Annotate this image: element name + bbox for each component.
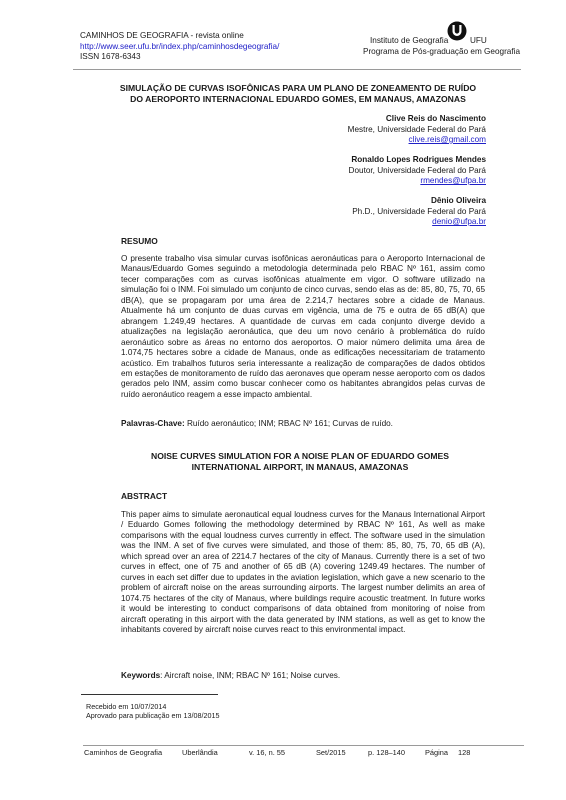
header-divider xyxy=(73,69,521,70)
keywords-values: : Aircraft noise, INM; RBAC Nº 161; Nois… xyxy=(160,671,340,680)
journal-header: CAMINHOS DE GEOGRAFIA - revista online h… xyxy=(80,31,279,63)
author-block: Clive Reis do Nascimento Mestre, Univers… xyxy=(226,114,486,146)
resumo-heading: RESUMO xyxy=(121,236,158,246)
author-affiliation: Mestre, Universidade Federal do Pará xyxy=(226,125,486,136)
footer-volume: v. 16, n. 55 xyxy=(249,748,316,757)
author-email-link[interactable]: clive.reis@gmail.com xyxy=(226,135,486,146)
author-name: Ronaldo Lopes Rodrigues Mendes xyxy=(226,155,486,166)
footer-page-label: Página xyxy=(425,748,458,757)
article-title-en: NOISE CURVES SIMULATION FOR A NOISE PLAN… xyxy=(95,451,505,473)
journal-name: CAMINHOS DE GEOGRAFIA - revista online xyxy=(80,31,279,42)
footer-city: Uberlândia xyxy=(182,748,249,757)
keywords-label: Keywords xyxy=(121,671,160,680)
footer-page-number: 128 xyxy=(458,748,470,757)
received-date: Recebido em 10/07/2014 xyxy=(86,702,219,711)
keywords: Keywords: Aircraft noise, INM; RBAC Nº 1… xyxy=(121,671,340,680)
author-email-link[interactable]: denio@ufpa.br xyxy=(226,217,486,228)
palavras-chave-label: Palavras-Chave: xyxy=(121,419,185,428)
journal-url-link[interactable]: http://www.seer.ufu.br/index.php/caminho… xyxy=(80,42,279,53)
palavras-chave-values: Ruído aeronáutico; INM; RBAC Nº 161; Cur… xyxy=(185,419,393,428)
institute-name: Instituto de Geografia xyxy=(370,36,448,47)
palavras-chave: Palavras-Chave: Ruído aeronáutico; INM; … xyxy=(121,419,393,428)
title-en-line-1: NOISE CURVES SIMULATION FOR A NOISE PLAN… xyxy=(95,451,505,462)
title-en-line-2: INTERNATIONAL AIRPORT, IN MANAUS, AMAZON… xyxy=(95,462,505,473)
footer-journal: Caminhos de Geografia xyxy=(84,748,182,757)
footnote: Recebido em 10/07/2014 Aprovado para pub… xyxy=(86,702,219,720)
program-name: Programa de Pós-graduação em Geografia xyxy=(363,47,520,58)
title-pt-line-2: DO AEROPORTO INTERNACIONAL EDUARDO GOMES… xyxy=(78,94,518,105)
author-affiliation: Doutor, Universidade Federal do Pará xyxy=(226,166,486,177)
approved-date: Aprovado para publicação em 13/08/2015 xyxy=(86,711,219,720)
ufu-logo-icon xyxy=(447,21,467,41)
abstract-heading: ABSTRACT xyxy=(121,491,167,501)
author-email-link[interactable]: rmendes@ufpa.br xyxy=(226,176,486,187)
author-block: Ronaldo Lopes Rodrigues Mendes Doutor, U… xyxy=(226,155,486,187)
issn: ISSN 1678-6343 xyxy=(80,52,279,63)
author-block: Dênio Oliveira Ph.D., Universidade Feder… xyxy=(226,196,486,228)
resumo-text: O presente trabalho visa simular curvas … xyxy=(121,254,485,400)
author-name: Clive Reis do Nascimento xyxy=(226,114,486,125)
abstract-text: This paper aims to simulate aeronautical… xyxy=(121,510,485,635)
article-title-pt: SIMULAÇÃO DE CURVAS ISOFÔNICAS PARA UM P… xyxy=(78,83,518,105)
page-footer: Caminhos de Geografia Uberlândia v. 16, … xyxy=(84,748,470,757)
title-pt-line-1: SIMULAÇÃO DE CURVAS ISOFÔNICAS PARA UM P… xyxy=(78,83,518,94)
footnote-divider xyxy=(81,694,218,695)
author-affiliation: Ph.D., Universidade Federal do Pará xyxy=(226,207,486,218)
author-name: Dênio Oliveira xyxy=(226,196,486,207)
footer-pages: p. 128–140 xyxy=(368,748,425,757)
footer-date: Set/2015 xyxy=(316,748,368,757)
footer-divider xyxy=(83,745,524,746)
university-name: UFU xyxy=(470,36,487,47)
